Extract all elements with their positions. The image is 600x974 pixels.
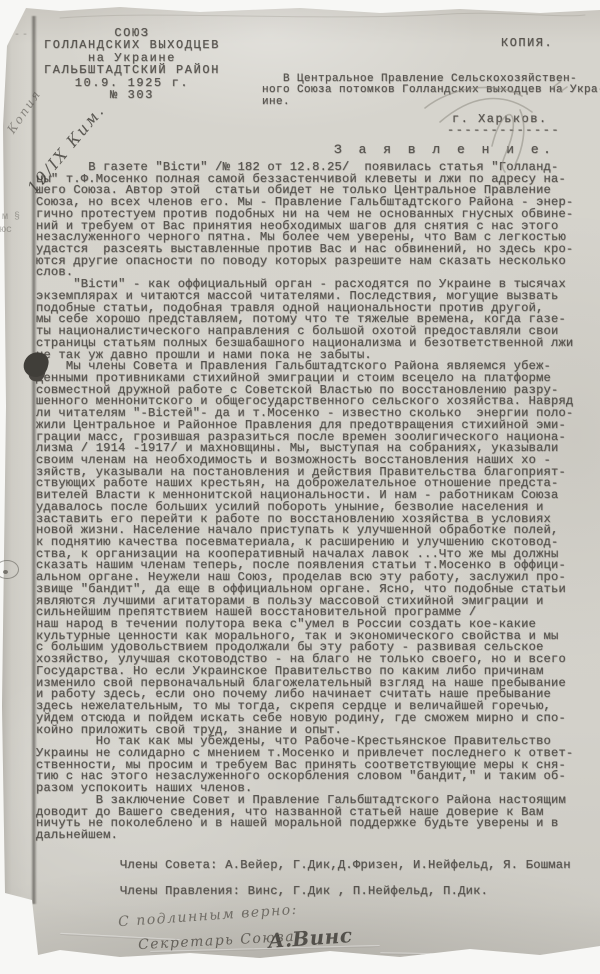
page-fold-strip xyxy=(2,16,34,896)
scanned-document-page: КОПИЯ. СОЮЗГОЛЛАНДСКИХ ВЫХОДЦЕВна Украин… xyxy=(0,0,600,974)
letterhead-line: ГОЛЛАНДСКИХ ВЫХОДЦЕВ xyxy=(28,39,236,51)
signature-council-members: Члены Совета: А.Вейер, Г.Дик,Д.Фризен, И… xyxy=(120,858,571,872)
copy-label: КОПИЯ. xyxy=(501,36,553,50)
edge-bleed-text: -- xyxy=(14,30,30,41)
letterhead-block: СОЮЗГОЛЛАНДСКИХ ВЫХОДЦЕВна УкраинеГАЛЬБШ… xyxy=(28,27,236,101)
paper-crease xyxy=(380,952,580,957)
document-body: В газете "Вісти" /№ 182 от 12.8.25/ появ… xyxy=(36,162,573,842)
signature-board-members: Члены Правления: Винс, Г.Дик , П.Нейфель… xyxy=(120,884,488,898)
letterhead-line: ГАЛЬБШТАДТСКИЙ РАЙОН xyxy=(28,64,236,76)
body-line: ются другие опасности по поводу которых … xyxy=(36,256,573,268)
letterhead-line: № 303 xyxy=(28,89,236,101)
body-line: дальнейшем. xyxy=(36,830,573,842)
circled-mark-dot xyxy=(3,570,8,574)
recipient-line: ного Союза потомков Голландских выходцев… xyxy=(262,85,600,96)
recipient-line: ине. xyxy=(262,97,600,108)
document-title: З а я в л е н и е. xyxy=(334,142,555,157)
edge-bleed-text: юс xyxy=(0,225,12,236)
recipient-address: В Центральное Правление Сельскохозяйстве… xyxy=(262,74,600,108)
city-underline: ------------- xyxy=(447,123,560,137)
edge-bleed-text: м § xyxy=(2,212,20,223)
